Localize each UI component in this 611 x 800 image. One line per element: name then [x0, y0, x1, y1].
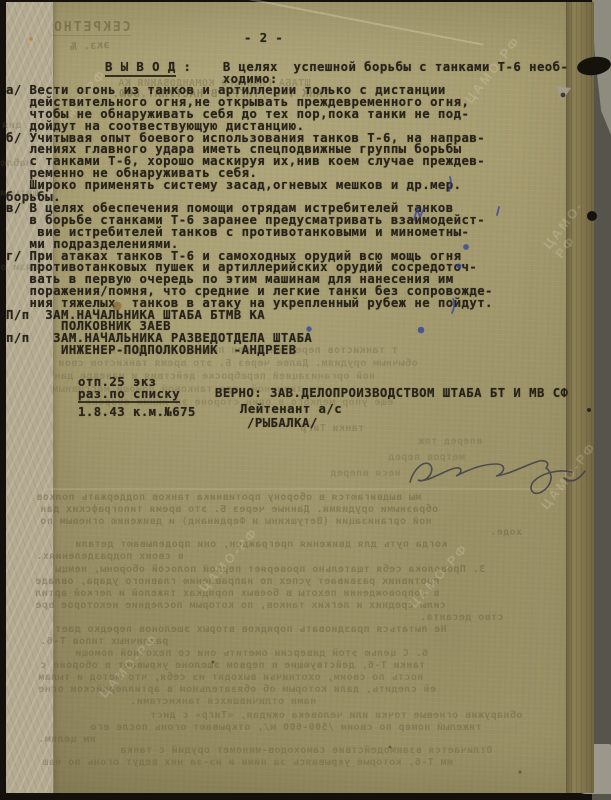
- certified-line: ВЕРНО: ЗАВ.ДЕЛОПРОИЗВОДСТВОМ ШТАБА БТ И …: [215, 388, 568, 400]
- paragraph-a: а/ Вести огонь из танков и артиллерии то…: [6, 85, 594, 132]
- scanned-document-view: { "document": { "page_number": "- 2 -", …: [0, 0, 611, 800]
- page-number: - 2 -: [244, 33, 594, 45]
- certifier-rank: Лейтенант а/с: [240, 404, 568, 416]
- signature-block-intel-dept: п/п ЗАМ.НАЧАЛЬНИКА РАЗВЕДОТДЕЛА ШТАБА ИН…: [6, 333, 594, 357]
- footer-block: отп.25 экз раз.по списку 1.8.43 к.м.№675…: [78, 377, 594, 447]
- conclusion-heading: В Ы В О Д : В целях успешной борьбы с та…: [105, 62, 594, 86]
- distribution-line: раз.по списку: [78, 389, 180, 404]
- paragraph-v: в/ В целях обеспечения помощи отрядам ис…: [6, 203, 594, 250]
- signature-block-chief-of-staff: П/п ЗАМ.НАЧАЛЬНИКА ШТАБА БТМВ КА ПОЛКОВН…: [6, 310, 594, 334]
- footer-copies: отп.25 экз раз.по списку 1.8.43 к.м.№675: [78, 377, 196, 419]
- paragraph-g: г/ При атаках танков Т-6 и самоходных ор…: [6, 251, 594, 310]
- paper-crease: [46, 488, 566, 490]
- certification-block: ВЕРНО: ЗАВ.ДЕЛОПРОИЗВОДСТВОМ ШТАБА БТ И …: [215, 388, 568, 430]
- paragraph-b: б/ Учитывая опыт боевого использования т…: [6, 133, 594, 204]
- typed-content: - 2 - В Ы В О Д : В целях успешной борьб…: [6, 2, 594, 447]
- date-number-line: 1.8.43 к.м.№675: [78, 407, 196, 419]
- certifier-name: /РЫБАЛКА/: [247, 418, 568, 430]
